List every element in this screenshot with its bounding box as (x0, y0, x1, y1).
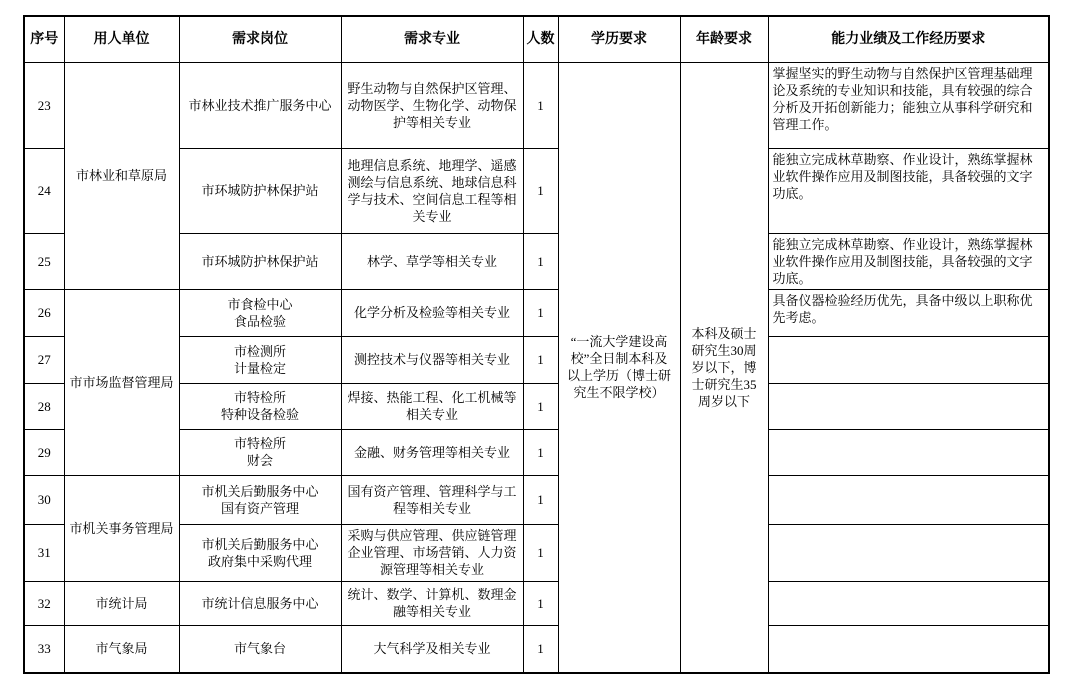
cell-majors: 金融、财务管理等相关专业 (341, 429, 523, 475)
cell-requirements (768, 625, 1049, 673)
cell-employer: 市市场监督管理局 (64, 289, 179, 475)
cell-position: 市食检中心 食品检验 (179, 289, 341, 336)
cell-majors: 野生动物与自然保护区管理、动物医学、生物化学、动物保护等相关专业 (341, 62, 523, 148)
cell-employer: 市林业和草原局 (64, 62, 179, 289)
cell-seq-no: 25 (24, 233, 64, 289)
cell-age-requirement: 本科及硕士研究生30周岁以下，博士研究生35周岁以下 (680, 62, 768, 673)
cell-count: 1 (523, 148, 558, 233)
cell-requirements (768, 383, 1049, 429)
cell-count: 1 (523, 475, 558, 524)
cell-position: 市环城防护林保护站 (179, 233, 341, 289)
cell-seq-no: 29 (24, 429, 64, 475)
cell-seq-no: 26 (24, 289, 64, 336)
cell-employer: 市统计局 (64, 581, 179, 625)
cell-position: 市气象台 (179, 625, 341, 673)
cell-majors: 测控技术与仪器等相关专业 (341, 336, 523, 383)
table-row: 32 市统计局 市统计信息服务中心 统计、数学、计算机、数理金融等相关专业 1 (24, 581, 1049, 625)
cell-count: 1 (523, 233, 558, 289)
cell-position: 市环城防护林保护站 (179, 148, 341, 233)
table-row: 30 市机关事务管理局 市机关后勤服务中心 国有资产管理 国有资产管理、管理科学… (24, 475, 1049, 524)
recruitment-positions-page: 序号 用人单位 需求岗位 需求专业 人数 学历要求 年龄要求 能力业绩及工作经历… (0, 0, 1070, 683)
cell-count: 1 (523, 62, 558, 148)
cell-seq-no: 27 (24, 336, 64, 383)
cell-majors: 采购与供应管理、供应链管理企业管理、市场营销、人力资源管理等相关专业 (341, 524, 523, 581)
cell-position: 市林业技术推广服务中心 (179, 62, 341, 148)
cell-requirements (768, 581, 1049, 625)
header-requirements: 能力业绩及工作经历要求 (768, 16, 1049, 62)
table-row: 23 市林业和草原局 市林业技术推广服务中心 野生动物与自然保护区管理、动物医学… (24, 62, 1049, 148)
cell-majors: 林学、草学等相关专业 (341, 233, 523, 289)
cell-seq-no: 23 (24, 62, 64, 148)
cell-position: 市机关后勤服务中心 政府集中采购代理 (179, 524, 341, 581)
cell-majors: 国有资产管理、管理科学与工程等相关专业 (341, 475, 523, 524)
cell-requirements (768, 475, 1049, 524)
cell-majors: 地理信息系统、地理学、遥感测绘与信息系统、地球信息科学与技术、空间信息工程等相关… (341, 148, 523, 233)
cell-count: 1 (523, 625, 558, 673)
table-row: 26 市市场监督管理局 市食检中心 食品检验 化学分析及检验等相关专业 1 具备… (24, 289, 1049, 336)
cell-employer: 市机关事务管理局 (64, 475, 179, 581)
cell-requirements: 掌握坚实的野生动物与自然保护区管理基础理论及系统的专业知识和技能，具有较强的综合… (768, 62, 1049, 148)
cell-position: 市统计信息服务中心 (179, 581, 341, 625)
cell-seq-no: 32 (24, 581, 64, 625)
header-age: 年龄要求 (680, 16, 768, 62)
header-position: 需求岗位 (179, 16, 341, 62)
cell-count: 1 (523, 581, 558, 625)
table-row: 33 市气象局 市气象台 大气科学及相关专业 1 (24, 625, 1049, 673)
cell-majors: 化学分析及检验等相关专业 (341, 289, 523, 336)
cell-seq-no: 28 (24, 383, 64, 429)
header-employer: 用人单位 (64, 16, 179, 62)
cell-position: 市特检所 特种设备检验 (179, 383, 341, 429)
header-seq-no: 序号 (24, 16, 64, 62)
cell-requirements: 具备仪器检验经历优先，具备中级以上职称优先考虑。 (768, 289, 1049, 336)
cell-seq-no: 31 (24, 524, 64, 581)
cell-requirements (768, 336, 1049, 383)
cell-seq-no: 24 (24, 148, 64, 233)
cell-count: 1 (523, 429, 558, 475)
cell-seq-no: 33 (24, 625, 64, 673)
cell-requirements (768, 524, 1049, 581)
cell-position: 市检测所 计量检定 (179, 336, 341, 383)
cell-education-requirement: “一流大学建设高校”全日制本科及以上学历（博士研究生不限学校） (558, 62, 680, 673)
cell-count: 1 (523, 336, 558, 383)
header-education: 学历要求 (558, 16, 680, 62)
header-count: 人数 (523, 16, 558, 62)
recruitment-table: 序号 用人单位 需求岗位 需求专业 人数 学历要求 年龄要求 能力业绩及工作经历… (23, 15, 1050, 674)
table-header-row: 序号 用人单位 需求岗位 需求专业 人数 学历要求 年龄要求 能力业绩及工作经历… (24, 16, 1049, 62)
cell-majors: 大气科学及相关专业 (341, 625, 523, 673)
cell-requirements: 能独立完成林草勘察、作业设计，熟练掌握林业软件操作应用及制图技能，具备较强的文字… (768, 233, 1049, 289)
cell-seq-no: 30 (24, 475, 64, 524)
cell-position: 市特检所 财会 (179, 429, 341, 475)
cell-count: 1 (523, 289, 558, 336)
cell-requirements (768, 429, 1049, 475)
cell-majors: 焊接、热能工程、化工机械等相关专业 (341, 383, 523, 429)
cell-count: 1 (523, 383, 558, 429)
header-majors: 需求专业 (341, 16, 523, 62)
cell-count: 1 (523, 524, 558, 581)
cell-position: 市机关后勤服务中心 国有资产管理 (179, 475, 341, 524)
cell-requirements: 能独立完成林草勘察、作业设计，熟练掌握林业软件操作应用及制图技能，具备较强的文字… (768, 148, 1049, 233)
cell-employer: 市气象局 (64, 625, 179, 673)
cell-majors: 统计、数学、计算机、数理金融等相关专业 (341, 581, 523, 625)
